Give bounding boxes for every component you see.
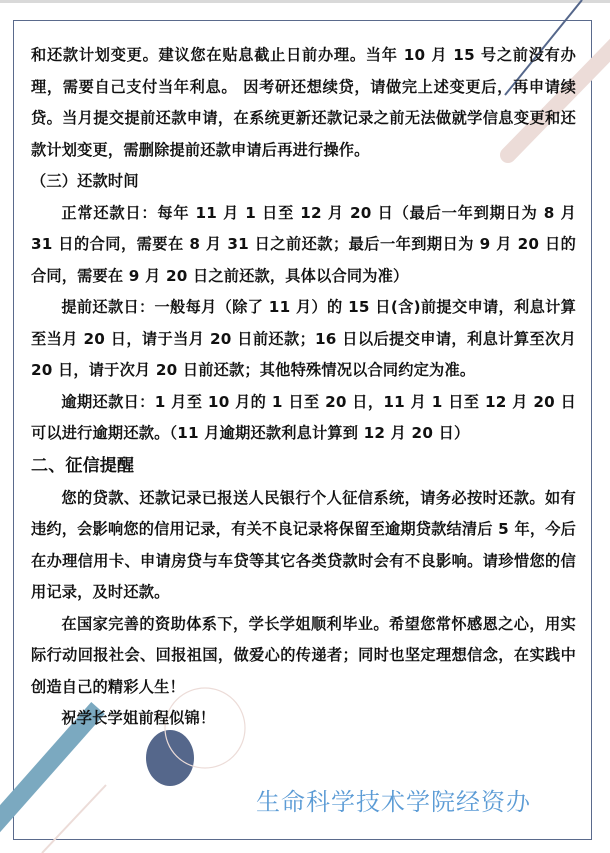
credit-reminder-paragraph: 您的贷款、还款记录已报送人民银行个人征信系统，请务必按时还款。如有违约，会影响您… <box>31 483 576 609</box>
paragraph-change-note: 和还款计划变更。建议您在贴息截止日前办理。当年 10 月 15 号之前没有办理，… <box>31 40 576 166</box>
closing-paragraph: 在国家完善的资助体系下，学长学姐顺利毕业。希望您常怀感恩之心，用实际行动回报社会… <box>31 609 576 704</box>
early-repayment-paragraph: 提前还款日：一般每月（除了 11 月）的 15 日(含)前提交申请，利息计算至当… <box>31 292 576 387</box>
signature: 生命科学技术学院经资办 <box>256 782 531 817</box>
wish-line: 祝学长学姐前程似锦！ <box>31 703 576 735</box>
normal-repayment-paragraph: 正常还款日：每年 11 月 1 日至 12 月 20 日（最后一年到期日为 8 … <box>31 198 576 293</box>
section-3-title: （三）还款时间 <box>31 166 576 198</box>
overdue-repayment-paragraph: 逾期还款日：1 月至 10 月的 1 日至 20 日，11 月 1 日至 12 … <box>31 387 576 450</box>
document-body: 和还款计划变更。建议您在贴息截止日前办理。当年 10 月 15 号之前没有办理，… <box>31 40 576 735</box>
section-2-title: 二、征信提醒 <box>31 450 576 483</box>
top-band <box>0 0 610 3</box>
